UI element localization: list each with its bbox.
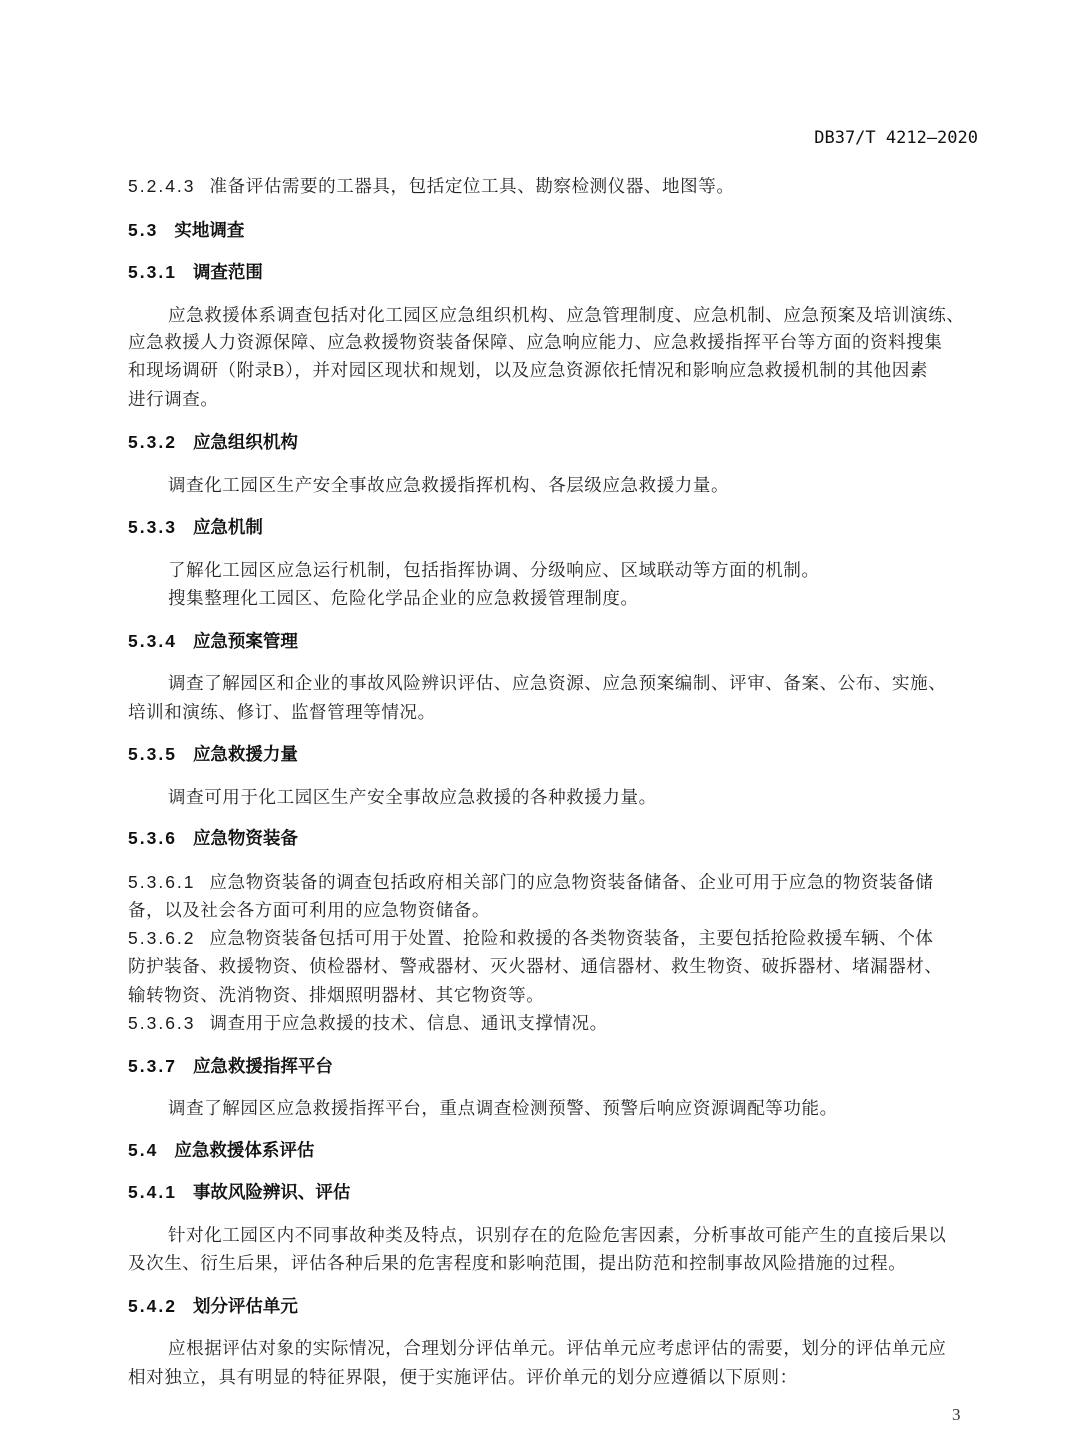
section-title: 划分评估单元 [193,1296,298,1316]
section-number: 5.4 [128,1138,158,1162]
document-page: DB37/T 4212—2020 5.2.4.3准备评估需要的工器具，包括定位工… [0,0,1080,1448]
paragraph-line: 应根据评估对象的实际情况，合理划分评估单元。评估单元应考虑评估的需要，划分的评估… [168,1336,946,1360]
clause-5-3-6-3: 5.3.6.3调查用于应急救援的技术、信息、通讯支撑情况。 [128,1011,608,1035]
section-title: 应急机制 [193,517,263,537]
section-heading-5-3: 5.3实地调查 [128,218,244,242]
page-number: 3 [952,1405,961,1425]
section-title: 应急物资装备 [193,828,298,848]
section-number: 5.3.7 [128,1054,177,1078]
section-title: 应急组织机构 [193,432,298,452]
section-heading-5-4: 5.4应急救援体系评估 [128,1138,314,1162]
section-number: 5.3 [128,218,158,242]
clause-5-2-4-3: 5.2.4.3准备评估需要的工器具，包括定位工具、勘察检测仪器、地图等。 [128,174,734,198]
section-title: 应急救援指挥平台 [193,1056,333,1076]
paragraph-line: 应急救援体系调查包括对化工园区应急组织机构、应急管理制度、应急机制、应急预案及培… [168,303,964,327]
section-number: 5.3.2 [128,430,177,454]
paragraph-line: 应急救援人力资源保障、应急救援物资装备保障、应急响应能力、应急救援指挥平台等方面… [128,330,943,354]
clause-5-3-6-2: 5.3.6.2应急物资装备包括可用于处置、抢险和救援的各类物资装备，主要包括抢险… [128,926,934,950]
section-heading-5-3-1: 5.3.1调查范围 [128,260,263,284]
section-heading-5-4-2: 5.4.2划分评估单元 [128,1294,298,1318]
section-number: 5.3.5 [128,742,177,766]
paragraph-line: 调查化工园区生产安全事故应急救援指挥机构、各层级应急救援力量。 [168,473,729,497]
paragraph-line: 和现场调研（附录B），并对园区现状和规划，以及应急资源依托情况和影响应急救援机制… [128,358,928,382]
clause-text: 准备评估需要的工器具，包括定位工具、勘察检测仪器、地图等。 [210,176,735,196]
section-number: 5.3.3 [128,515,177,539]
section-number: 5.3.1 [128,260,177,284]
section-title: 应急救援体系评估 [174,1140,314,1160]
paragraph-line: 及次生、衍生后果，评估各种后果的危害程度和影响范围，提出防范和控制事故风险措施的… [128,1251,906,1275]
section-heading-5-3-6: 5.3.6应急物资装备 [128,826,298,850]
section-number: 5.4.1 [128,1180,177,1204]
paragraph-line: 输转物资、洗消物资、排烟照明器材、其它物资等。 [128,983,544,1007]
section-heading-5-3-3: 5.3.3应急机制 [128,515,263,539]
section-heading-5-4-1: 5.4.1事故风险辨识、评估 [128,1180,350,1204]
paragraph-line: 调查可用于化工园区生产安全事故应急救援的各种救援力量。 [168,785,657,809]
paragraph-line: 进行调查。 [128,387,219,411]
section-number: 5.4.2 [128,1294,177,1318]
clause-number: 5.3.6.1 [128,870,196,894]
clause-text: 应急物资装备包括可用于处置、抢险和救援的各类物资装备，主要包括抢险救援车辆、个体 [210,928,934,948]
paragraph-line: 相对独立，具有明显的特征界限，便于实施评估。评价单元的划分应遵循以下原则： [128,1365,798,1389]
paragraph-line: 防护装备、救援物资、侦检器材、警戒器材、灭火器材、通信器材、救生物资、破拆器材、… [128,954,943,978]
section-title: 实地调查 [174,220,244,240]
section-number: 5.3.6 [128,826,177,850]
clause-number: 5.3.6.2 [128,926,196,950]
section-title: 应急预案管理 [193,631,298,651]
section-title: 调查范围 [193,262,263,282]
section-number: 5.3.4 [128,629,177,653]
section-heading-5-3-4: 5.3.4应急预案管理 [128,629,298,653]
section-heading-5-3-2: 5.3.2应急组织机构 [128,430,298,454]
clause-number: 5.3.6.3 [128,1011,196,1035]
paragraph-line: 调查了解园区应急救援指挥平台，重点调查检测预警、预警后响应资源调配等功能。 [168,1096,838,1120]
paragraph-line: 针对化工园区内不同事故种类及特点，识别存在的危险危害因素，分析事故可能产生的直接… [168,1223,946,1247]
section-title: 应急救援力量 [193,744,298,764]
clause-text: 调查用于应急救援的技术、信息、通讯支撑情况。 [210,1013,608,1033]
clause-text: 应急物资装备的调查包括政府相关部门的应急物资装备储备、企业可用于应急的物资装备储 [210,872,934,892]
section-heading-5-3-7: 5.3.7应急救援指挥平台 [128,1054,333,1078]
paragraph-line: 搜集整理化工园区、危险化学品企业的应急救援管理制度。 [168,586,639,610]
section-title: 事故风险辨识、评估 [193,1182,351,1202]
paragraph-line: 备，以及社会各方面可利用的应急物资储备。 [128,898,490,922]
document-code-header: DB37/T 4212—2020 [814,128,978,148]
paragraph-line: 培训和演练、修订、监督管理等情况。 [128,700,436,724]
clause-5-3-6-1: 5.3.6.1应急物资装备的调查包括政府相关部门的应急物资装备储备、企业可用于应… [128,870,934,894]
paragraph-line: 了解化工园区应急运行机制，包括指挥协调、分级响应、区域联动等方面的机制。 [168,558,820,582]
clause-number: 5.2.4.3 [128,174,196,198]
paragraph-line: 调查了解园区和企业的事故风险辨识评估、应急资源、应急预案编制、评审、备案、公布、… [168,671,946,695]
section-heading-5-3-5: 5.3.5应急救援力量 [128,742,298,766]
